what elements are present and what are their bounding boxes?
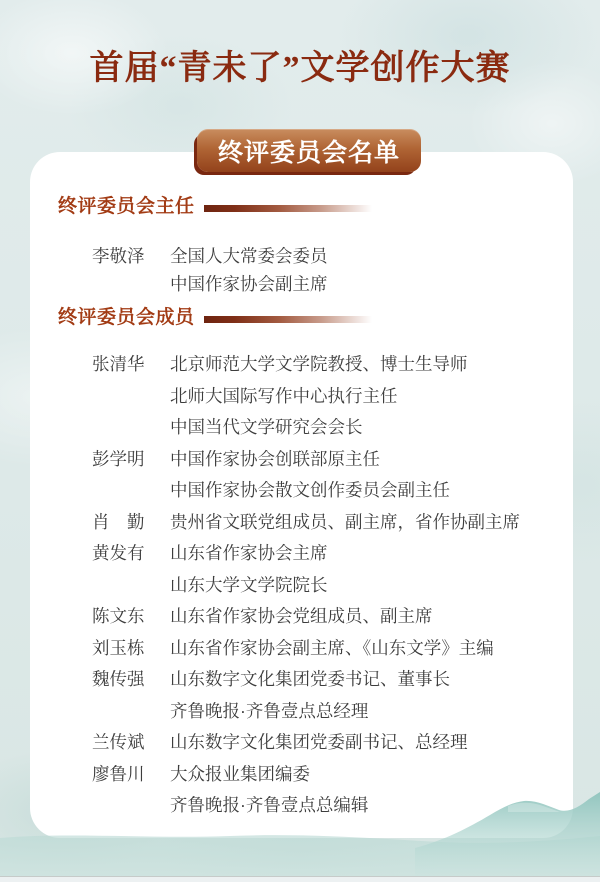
committee-row: 廖鲁川大众报业集团编委	[92, 759, 559, 791]
member-title: 山东数字文化集团党委副书记、总经理	[170, 727, 468, 759]
committee-row: 北师大国际写作中心执行主任	[92, 381, 559, 413]
member-title: 中国作家协会创联部原主任	[170, 444, 380, 476]
committee-row: 肖 勤贵州省文联党组成员、副主席，省作协副主席	[92, 507, 559, 539]
committee-card: 终评委员会主任 李敬泽全国人大常委会委员中国作家协会副主席 终评委员会成员 张清…	[30, 152, 573, 838]
committee-row: 张清华北京师范大学文学院教授、博士生导师	[92, 349, 559, 381]
member-title: 山东数字文化集团党委书记、董事长	[170, 664, 450, 696]
member-title: 北京师范大学文学院教授、博士生导师	[170, 349, 468, 381]
committee-row: 中国当代文学研究会会长	[92, 412, 559, 444]
committee-row: 刘玉栋山东省作家协会副主席、《山东文学》主编	[92, 633, 559, 665]
section-badge-label: 终评委员会名单	[218, 133, 400, 169]
chairman-section-title: 终评委员会主任	[58, 196, 195, 218]
committee-row: 陈文东山东省作家协会党组成员、副主席	[92, 601, 559, 633]
member-name: 陈文东	[92, 601, 145, 633]
member-title: 大众报业集团编委	[170, 759, 310, 791]
committee-row: 魏传强山东数字文化集团党委书记、董事长	[92, 664, 559, 696]
member-name: 李敬泽	[92, 242, 145, 270]
committee-row: 山东大学文学院院长	[92, 570, 559, 602]
member-name: 黄发有	[92, 538, 145, 570]
member-title: 山东大学文学院院长	[170, 570, 328, 602]
committee-row: 齐鲁晚报·齐鲁壹点总编辑	[92, 790, 559, 822]
member-title: 中国当代文学研究会会长	[170, 412, 363, 444]
member-name: 张清华	[92, 349, 145, 381]
members-section-title: 终评委员会成员	[58, 307, 195, 329]
member-title: 山东省作家协会党组成员、副主席	[170, 601, 433, 633]
committee-row: 李敬泽全国人大常委会委员	[92, 242, 559, 270]
poster-title: 首届“青未了”文学创作大赛	[0, 40, 600, 89]
member-title: 山东省作家协会副主席、《山东文学》主编	[170, 633, 494, 665]
member-title: 山东省作家协会主席	[170, 538, 328, 570]
committee-row: 齐鲁晚报·齐鲁壹点总经理	[92, 696, 559, 728]
chairman-list: 李敬泽全国人大常委会委员中国作家协会副主席	[92, 242, 559, 298]
member-name: 彭学明	[92, 444, 145, 476]
member-name: 肖 勤	[92, 507, 145, 539]
member-name: 魏传强	[92, 664, 145, 696]
committee-row: 彭学明中国作家协会创联部原主任	[92, 444, 559, 476]
members-section-header: 终评委员会成员	[58, 307, 372, 329]
committee-row: 中国作家协会副主席	[92, 270, 559, 298]
member-title: 全国人大常委会委员	[170, 242, 328, 270]
committee-row: 黄发有山东省作家协会主席	[92, 538, 559, 570]
member-title: 齐鲁晚报·齐鲁壹点总编辑	[170, 790, 368, 822]
member-name: 兰传斌	[92, 727, 145, 759]
shore-band	[0, 835, 600, 882]
member-title: 齐鲁晚报·齐鲁壹点总经理	[170, 696, 368, 728]
committee-row: 兰传斌山东数字文化集团党委副书记、总经理	[92, 727, 559, 759]
gradient-bar	[204, 316, 372, 323]
section-badge: 终评委员会名单	[197, 129, 421, 172]
gradient-bar	[204, 205, 372, 212]
member-name: 刘玉栋	[92, 633, 145, 665]
committee-row: 中国作家协会散文创作委员会副主任	[92, 475, 559, 507]
member-title: 中国作家协会散文创作委员会副主任	[170, 475, 450, 507]
member-title: 中国作家协会副主席	[170, 270, 328, 298]
bottom-border-strip	[0, 876, 600, 882]
chairman-section-header: 终评委员会主任	[58, 196, 372, 218]
member-title: 北师大国际写作中心执行主任	[170, 381, 398, 413]
member-title: 贵州省文联党组成员、副主席，省作协副主席	[170, 507, 520, 539]
poster: 首届“青未了”文学创作大赛 终评委员会名单 终评委员会主任 李敬泽全国人大常委会…	[0, 0, 600, 882]
member-name: 廖鲁川	[92, 759, 145, 791]
members-list: 张清华北京师范大学文学院教授、博士生导师北师大国际写作中心执行主任中国当代文学研…	[92, 349, 559, 822]
